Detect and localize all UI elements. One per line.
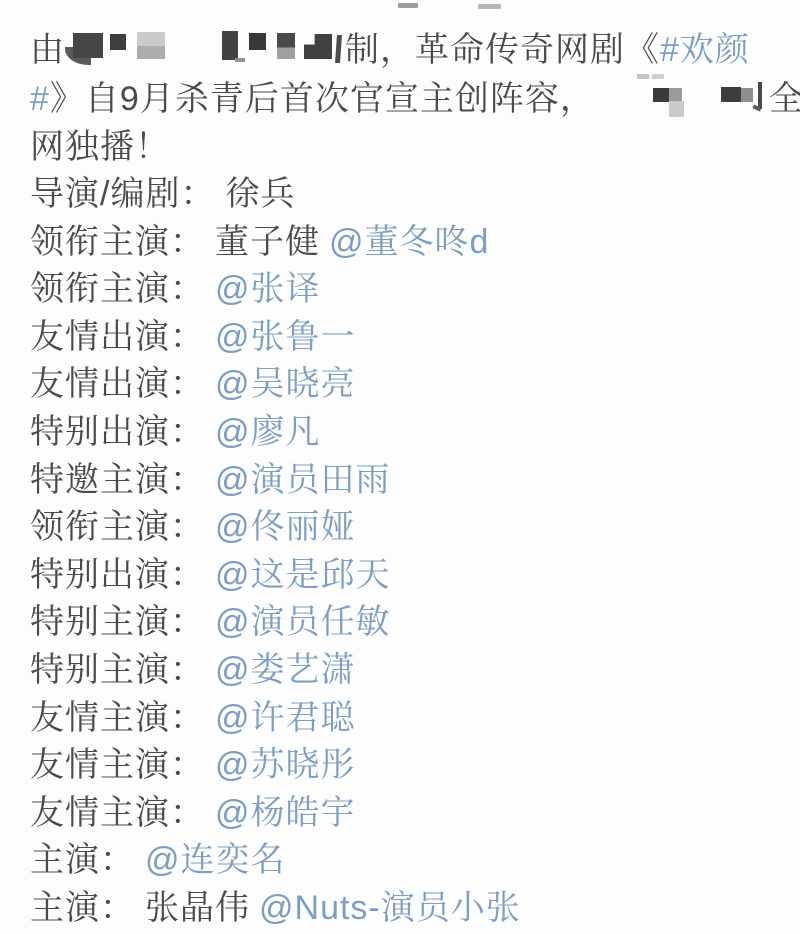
credit-label: 主演： [30,841,135,879]
cropped-censor-remnant [478,4,501,9]
credit-label: 友情主演： [30,794,205,832]
credit-label: 友情主演： [30,699,205,737]
credit-label: 主演： [30,889,135,927]
credit-row-director: 导演/编剧：徐兵 [30,171,790,219]
credit-row: 特别主演：@娄艺潇 [30,647,790,695]
intro-text: 网独播！ [30,128,170,166]
credit-row: 友情主演：@许君聪 [30,695,790,743]
credit-label: 领衔主演： [30,508,205,546]
credit-row: 特邀主演：@演员田雨 [30,457,790,505]
credit-mention-link[interactable]: @董冬咚d [329,223,489,261]
credit-label: 特别主演： [30,651,205,689]
hashtag-link[interactable]: #欢颜 [660,31,750,69]
credit-row: 领衔主演：@佟丽娅 [30,504,790,552]
credit-mention-link[interactable]: @苏晓彤 [215,746,356,784]
intro-line-2: #》自9月杀青后首次官宣主创阵容， 全 [30,74,790,123]
credit-label: 特别出演： [30,556,205,594]
credit-plain-name: 徐兵 [225,175,295,213]
credit-label: 特别主演： [30,603,205,641]
censored-producer-mosaic [67,31,167,65]
credit-label: 友情出演： [30,365,205,403]
credit-label: 特别出演： [30,413,205,451]
credit-mention-link[interactable]: @这是邱天 [215,556,391,594]
credit-row: 友情出演：@吴晓亮 [30,361,790,409]
credit-mention-link[interactable]: @吴晓亮 [215,365,356,403]
credit-mention-link[interactable]: @Nuts-演员小张 [259,889,521,927]
partially-censored-glyph [335,35,342,63]
credit-mention-link[interactable]: @杨皓宇 [215,794,356,832]
credit-row: 友情主演：@杨皓宇 [30,790,790,838]
censored-producer-mosaic [222,31,334,65]
credit-plain-name: 张晶伟 [145,889,250,927]
credit-row: 特别出演：@这是邱天 [30,552,790,600]
intro-line-1: 由 制，革命传奇网剧《#欢颜 [30,26,790,74]
censored-platform-mosaic [637,74,767,120]
credit-row: 主演：张晶伟@Nuts-演员小张 [30,885,790,933]
intro-text: 制，革命传奇网剧《 [345,31,660,69]
intro-text: 》自9月杀青后首次官宣主创阵容， [50,80,595,118]
hashtag-link[interactable]: # [30,80,50,118]
credit-label: 友情主演： [30,746,205,784]
credit-mention-link[interactable]: @娄艺潇 [215,651,356,689]
credit-mention-link[interactable]: @连奕名 [145,841,286,879]
intro-text: 由 [30,31,65,69]
credit-row: 领衔主演：@张译 [30,266,790,314]
credit-row: 特别主演：@演员任敏 [30,599,790,647]
intro-text: 全 [769,80,800,118]
credit-label: 导演/编剧： [30,175,215,213]
credit-mention-link[interactable]: @张鲁一 [215,318,356,356]
credit-mention-link[interactable]: @张译 [215,270,321,308]
post-screenshot: 由 制，革命传奇网剧《#欢颜 #》自9月杀青后首次官宣主创阵容， [0,0,800,934]
cropped-censor-remnant [398,3,418,8]
credit-row: 主演：@连奕名 [30,837,790,885]
credit-mention-link[interactable]: @演员任敏 [215,603,391,641]
post-body: 由 制，革命传奇网剧《#欢颜 #》自9月杀青后首次官宣主创阵容， [30,26,790,933]
credit-mention-link[interactable]: @佟丽娅 [215,508,356,546]
credit-label: 特邀主演： [30,461,205,499]
credit-plain-name: 董子健 [215,223,320,261]
credit-mention-link[interactable]: @廖凡 [215,413,321,451]
credit-row: 友情主演：@苏晓彤 [30,742,790,790]
credit-label: 领衔主演： [30,270,205,308]
credit-label: 友情出演： [30,318,205,356]
credit-row: 特别出演：@廖凡 [30,409,790,457]
credit-mention-link[interactable]: @许君聪 [215,699,356,737]
credit-row: 友情出演：@张鲁一 [30,314,790,362]
credit-label: 领衔主演： [30,223,205,261]
credit-mention-link[interactable]: @演员田雨 [215,461,391,499]
credit-row: 领衔主演：董子健@董冬咚d [30,219,790,267]
intro-line-3: 网独播！ [30,123,790,171]
